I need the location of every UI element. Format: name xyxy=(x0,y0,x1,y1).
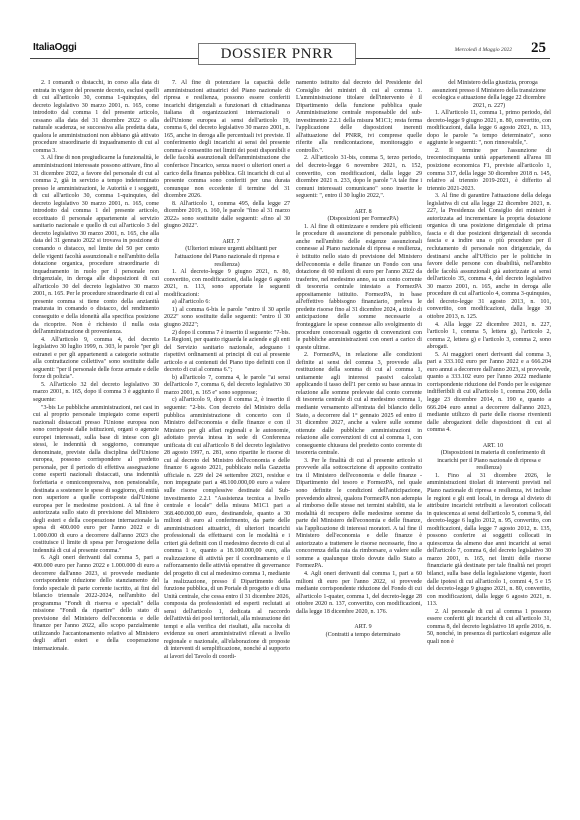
paragraph: 2. FormezPA, in relazione alle condizion… xyxy=(296,352,422,458)
paragraph: c) all'articolo 9, dopo il comma 2, è in… xyxy=(164,397,290,661)
paragraph: a) all'articolo 6: xyxy=(164,299,290,307)
paragraph: 2. I comandi o distacchi, in corso alla … xyxy=(33,80,159,155)
paragraph: 4. Alla legge 22 dicembre 2021, n. 227, … xyxy=(427,322,551,352)
paragraph: 2. Al personale di cui al comma 1 posson… xyxy=(427,609,551,647)
text-column-4: del Ministero della giustizia, proroga a… xyxy=(427,80,551,646)
publication-date: Mercoledì 4 Maggio 2022 xyxy=(455,47,512,53)
paragraph: 3. Al fine di non pregiudicarne la funzi… xyxy=(33,155,159,336)
paragraph: 1) al comma 6-bis le parole "entro il 30… xyxy=(164,307,290,330)
paragraph: 3. Per le finalità di cui al presente ar… xyxy=(296,458,422,571)
paragraph: 2. All'articolo 31-bis, comma 5, terzo p… xyxy=(296,155,422,200)
paragraph: 4. Agli oneri derivanti dal comma 1, par… xyxy=(296,571,422,616)
header-rule-right xyxy=(355,58,550,59)
paragraph: 6. Agli oneri derivanti dal comma 5, par… xyxy=(33,555,159,653)
paragraph: 7. Al fine di potenziare la capacità del… xyxy=(164,80,290,201)
paragraph: 3. Al fine di garantire l'attuazione del… xyxy=(427,193,551,321)
paragraph: b) all'articolo 7, comma 4, le parole "a… xyxy=(164,375,290,398)
paragraph: 1. All'articolo 11, comma 1, primo perio… xyxy=(427,110,551,148)
text-column-3: namento istituito dal decreto del Presid… xyxy=(296,80,422,639)
newspaper-logo: ItaliaOggi xyxy=(33,42,77,53)
paragraph: "3-bis Le pubbliche amministrazioni, nei… xyxy=(33,405,159,556)
paragraph: namento istituito dal decreto del Presid… xyxy=(296,80,422,155)
article-subtitle: del Ministero della giustizia, proroga a… xyxy=(427,80,551,110)
header-rule-left xyxy=(30,58,200,59)
section-title: DOSSIER PNRR xyxy=(198,43,356,65)
text-column-2: 7. Al fine di potenziare la capacità del… xyxy=(164,80,290,662)
article-heading: ART. 9 xyxy=(296,624,422,632)
paragraph: 2) dopo il comma 7 è inserito il seguent… xyxy=(164,330,290,375)
paragraph: 1. Al decreto-legge 9 giugno 2021, n. 80… xyxy=(164,269,290,299)
article-subtitle: (Contratti a tempo determinato xyxy=(296,632,422,640)
paragraph: 5. All'articolo 32 del decreto legislati… xyxy=(33,382,159,405)
article-subtitle: (Ulteriori misure urgenti abilitanti per… xyxy=(164,246,290,269)
article-subtitle: (Disposizioni in materia di conferimento… xyxy=(427,450,551,473)
paragraph: 4. All'articolo 9, comma 4, del decreto … xyxy=(33,337,159,382)
paragraph: 2. Il termine per l'assunzione di trecen… xyxy=(427,148,551,193)
paragraph: 5. Ai maggiori oneri derivanti dal comma… xyxy=(427,352,551,435)
article-body: 2. I comandi o distacchi, in corso alla … xyxy=(30,80,548,810)
paragraph: 1. Fino al 31 dicembre 2026, le amminist… xyxy=(427,473,551,609)
masthead: ItaliaOggi DOSSIER PNRR Mercoledì 4 Magg… xyxy=(30,42,550,66)
page-number: 25 xyxy=(531,40,546,57)
paragraph: 1. Al fine di ottimizzare e rendere più … xyxy=(296,224,422,352)
text-column-1: 2. I comandi o distacchi, in corso alla … xyxy=(33,80,159,654)
paragraph: 8. All'articolo 1, comma 495, della legg… xyxy=(164,201,290,231)
article-subtitle: (Disposizioni per FormezPA) xyxy=(296,216,422,224)
